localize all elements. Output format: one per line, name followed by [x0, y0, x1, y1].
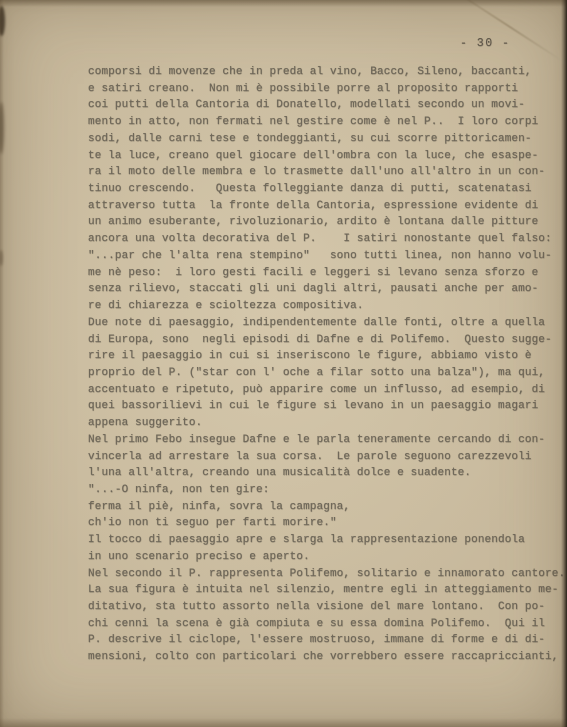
paper-edge-right — [561, 0, 567, 727]
text-line: ch'io non ti seguo per farti morire." — [88, 515, 558, 532]
text-line: Due note di paesaggio, indipendentemente… — [88, 315, 558, 332]
text-line: quei bassorilievi in cui le figure si le… — [88, 398, 558, 415]
text-line: coi putti della Cantoria di Donatello, m… — [88, 97, 558, 114]
text-line: in uno scenario preciso e aperto. — [88, 549, 558, 566]
text-line: Il tocco di paesaggio apre e slarga la r… — [88, 532, 558, 549]
text-line: te la luce, creano quel giocare dell'omb… — [88, 148, 558, 165]
text-line: chi cenni la scena è già compiuta e su e… — [88, 616, 558, 633]
text-line: l'una all'altra, creando una musicalità … — [88, 465, 558, 482]
paper-edge-top — [0, 0, 567, 7]
paper-edge-left — [0, 0, 4, 727]
text-line: P. descrive il ciclope, l'essere mostruo… — [88, 632, 558, 649]
text-line: mensioni, colto con particolari che vorr… — [88, 649, 558, 666]
text-line: un animo esuberante, rivoluzionario, ard… — [88, 214, 558, 231]
text-line: attraverso tutta la fronte della Cantori… — [88, 198, 558, 215]
text-line: Nel secondo il P. rappresenta Polifemo, … — [88, 566, 558, 583]
text-line: rire il paesaggio in cui si inseriscono … — [88, 348, 558, 365]
text-line: comporsi di movenze che in preda al vino… — [88, 64, 558, 81]
text-line: senza rilievo, staccati gli uni dagli al… — [88, 281, 558, 298]
text-line: appena suggerito. — [88, 415, 558, 432]
text-line: "...-O ninfa, non ten gire: — [88, 482, 558, 499]
text-line: ra il moto delle membra e lo trasmette d… — [88, 164, 558, 181]
text-line: me nè peso: i loro gesti facili e legger… — [88, 265, 558, 282]
paper-edge-bottom — [0, 718, 567, 727]
text-line: accentuato e ripetuto, può apparire come… — [88, 382, 558, 399]
text-line: ditativo, sta tutto assorto nella vision… — [88, 599, 558, 616]
text-line: mento in atto, non fermati nel gestire c… — [88, 114, 558, 131]
text-line: proprio del P. ("star con l' oche a fila… — [88, 365, 558, 382]
text-line: e satiri creano. Non mi è possibile porr… — [88, 81, 558, 98]
scanned-typewritten-page: - 30 - comporsi di movenze che in preda … — [0, 0, 567, 727]
text-line: re di chiarezza e scioltezza compositiva… — [88, 298, 558, 315]
text-line: sodi, dalle carni tese e tondeggianti, s… — [88, 131, 558, 148]
text-line: ferma il piè, ninfa, sovra la campagna, — [88, 499, 558, 516]
text-line: La sua figura è intuita nel silenzio, me… — [88, 582, 558, 599]
text-line: Nel primo Febo insegue Dafne e le parla … — [88, 432, 558, 449]
text-line: ancora una volta decorativa del P. I sat… — [88, 231, 558, 248]
text-line: di Europa, sono negli episodi di Dafne e… — [88, 332, 558, 349]
text-line: tinuo crescendo. Questa folleggiante dan… — [88, 181, 558, 198]
text-line: "...par che l'alta rena stempino" sono t… — [88, 248, 558, 265]
page-number: - 30 - — [460, 37, 510, 50]
typewritten-text: comporsi di movenze che in preda al vino… — [88, 64, 558, 666]
text-line: vincerla ad arrestare la sua corsa. Le p… — [88, 449, 558, 466]
